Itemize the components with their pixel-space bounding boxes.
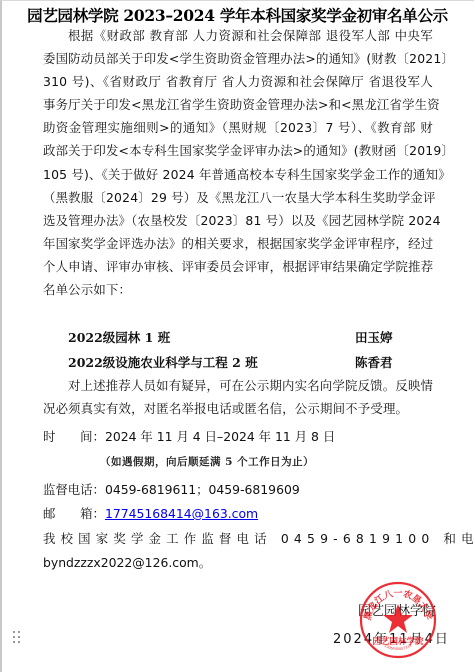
recommended-class: 2022级园林 1 班 — [68, 328, 170, 346]
period-note: （如遇假期，向后顺延满 5 个工作日为止） — [100, 454, 314, 469]
email-link[interactable]: 17745168414@163.com — [105, 506, 258, 521]
feedback-paragraph: 对上述推荐人员如有疑异，可在公示期内实名向学院反馈。反映情 况必须真实有效，对匿… — [43, 374, 433, 420]
intro-line: 事务厅关于印发<黑龙江省学生资助资金管理办法>和<黑龙江省学生资 — [43, 93, 433, 116]
intro-paragraph: 根据《财政部 教育部 人力资源和社会保障部 退役军人部 中央军 委国防动员部关于… — [43, 24, 433, 301]
intro-line: 政部关于印发<本专科生国家奖学金评审办法>的通知》(教财函〔2019〕 — [43, 139, 433, 162]
intro-line: 选及管理办法》（农垦校发〔2023〕81 号）以及《园艺园林学院 2024 — [43, 209, 433, 232]
intro-line: 个人申请、评审办审核、评审委员会评审，根据评审结果确定学院推荐 — [43, 255, 433, 278]
recommended-name: 陈香君 — [355, 353, 393, 371]
drag-handle-icon[interactable] — [12, 630, 22, 644]
intro-line: 年国家奖学金评选办法》的相关要求，根据国家奖学金评审程序，经过 — [43, 232, 433, 255]
email-label: 邮 箱： — [43, 506, 105, 521]
recommended-class: 2022级设施农业科学与工程 2 班 — [68, 353, 258, 371]
intro-line: 助资金管理实施细则>的通知》（黑财规〔2023〕7 号）、《教育部 财 — [43, 116, 433, 139]
feedback-line: 对上述推荐人员如有疑异，可在公示期内实名向学院反馈。反映情 — [43, 374, 433, 397]
recommended-name: 田玉婷 — [355, 328, 393, 346]
intro-line: （黑教服〔2024〕29 号）及《黑龙江八一农垦大学本科生奖助学金评 — [43, 186, 433, 209]
intro-line: 310 号)、《省财政厅 省教育厅 省人力资源和社会保障厅 省退役军人 — [43, 70, 433, 93]
seal-inner-text: 园艺园林学院 — [372, 636, 424, 647]
feedback-line: 况必须真实有效，对匿名举报电话或匿名信，公示期间不予受理。 — [43, 397, 433, 420]
period-value: 2024 年 11 月 4 日–2024 年 11 月 8 日 — [105, 429, 335, 444]
document-title: 园艺园林学院 2023–2024 学年本科国家奖学金初审名单公示 — [0, 4, 475, 26]
intro-line: 根据《财政部 教育部 人力资源和社会保障部 退役军人部 中央军 — [43, 24, 433, 47]
period-line: 时 间：2024 年 11 月 4 日–2024 年 11 月 8 日 — [43, 427, 335, 445]
phone-line: 监督电话：0459-6819611；0459-6819609 — [43, 480, 300, 498]
intro-line: 105 号)、《关于做好 2024 年普通高校本专科生国家奖学金工作的通知》 — [43, 163, 433, 186]
intro-line: 委国防动员部关于印发<学生资助资金管理办法>的通知》(财教〔2021〕 — [43, 47, 433, 70]
recommended-row: 2022级园林 1 班 田玉婷 — [68, 328, 398, 350]
official-seal-icon: 黑龙江八一农垦大学 园艺园林学院 2306040007335 — [358, 580, 438, 660]
phone-label: 监督电话： — [43, 482, 105, 497]
phone-value: 0459-6819611；0459-6819609 — [105, 482, 300, 497]
recommended-row: 2022级设施农业科学与工程 2 班 陈香君 — [68, 353, 398, 375]
email-line: 邮 箱：17745168414@163.com — [43, 504, 258, 522]
school-email-line: byndzzzx2022@126.com。 — [43, 553, 211, 571]
intro-line: 名单公示如下： — [43, 278, 433, 301]
school-supervision-line: 我校国家奖学金工作监督电话 0459-6819100 和电子邮箱 — [43, 529, 475, 547]
period-label: 时 间： — [43, 429, 105, 444]
